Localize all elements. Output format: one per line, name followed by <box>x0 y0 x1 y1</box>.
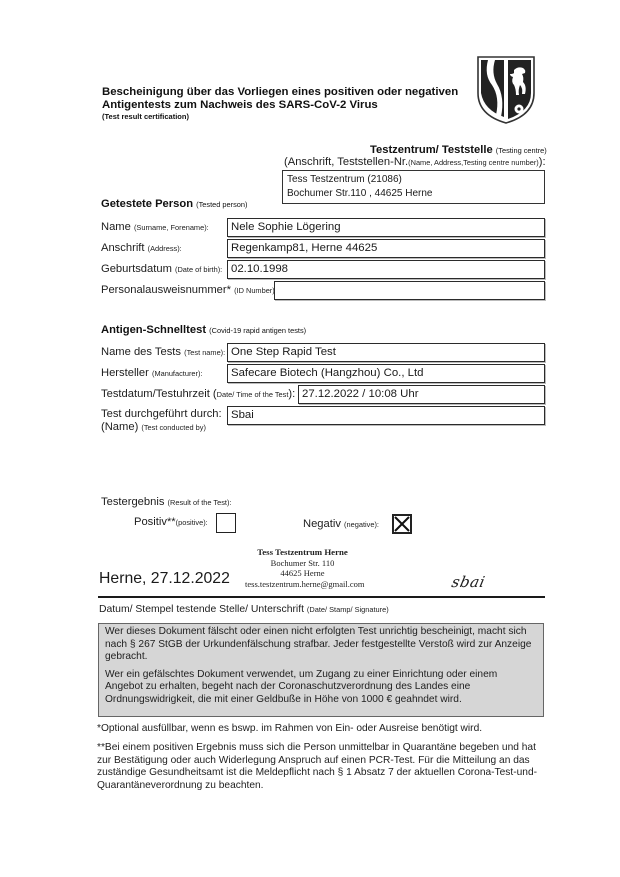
id-number-field[interactable] <box>274 281 545 300</box>
name-label-de: Name <box>101 221 131 233</box>
centre-stamp: Tess Testzentrum Herne Bochumer Str. 110… <box>245 547 360 589</box>
footnote-optional: *Optional ausfüllbar, wenn es bswp. im R… <box>97 723 552 736</box>
result-label-de: Testergebnis <box>101 496 164 508</box>
testing-centre-heading-en: (Testing centre) <box>496 146 547 155</box>
tested-person-heading-de: Getestete Person <box>101 198 193 210</box>
address-label-en: (Name, Address,Testing centre number) <box>408 158 539 167</box>
test-name-field[interactable]: One Step Rapid Test <box>227 343 545 362</box>
test-name-label: Name des Tests (Test name): <box>101 346 225 358</box>
positive-checkbox[interactable] <box>216 513 236 533</box>
address-label-en: (Address): <box>148 244 182 253</box>
legal-notice-box: Wer dieses Dokument fälscht oder einen n… <box>98 623 544 717</box>
positive-label-en: (positive): <box>176 518 208 527</box>
negative-label-en: (negative): <box>344 520 379 529</box>
testing-centre-address-box: Tess Testzentrum (21086) Bochumer Str.11… <box>282 170 545 204</box>
manufacturer-field[interactable]: Safecare Biotech (Hangzhou) Co., Ltd <box>227 364 545 383</box>
address-label-de: Anschrift <box>101 242 145 254</box>
birthdate-label: Geburtsdatum (Date of birth): <box>101 263 222 275</box>
check-x-icon <box>394 516 410 532</box>
title-subtitle: (Test result certification) <box>102 112 458 122</box>
name-label-en: (Surname, Forename): <box>134 223 209 232</box>
manufacturer-label-de: Hersteller <box>101 367 149 379</box>
conducted-by-label-name: (Name) <box>101 421 138 433</box>
tested-person-heading: Getestete Person (Tested person) <box>101 198 248 210</box>
stamp-street: Bochumer Str. 110 <box>245 558 360 569</box>
id-number-label: Personalausweisnummer* (ID Number): <box>101 284 277 296</box>
nrw-coat-of-arms-icon <box>476 55 536 125</box>
id-number-label-de: Personalausweisnummer* <box>101 284 231 296</box>
document-title: Bescheinigung über das Vorliegen eines p… <box>102 86 458 122</box>
testing-centre-heading-de: Testzentrum/ Teststelle <box>370 144 493 156</box>
result-label-en: (Result of the Test): <box>168 498 232 507</box>
test-datetime-label-end: ): <box>288 388 295 400</box>
test-datetime-field[interactable]: 27.12.2022 / 10:08 Uhr <box>298 385 545 404</box>
signature-caption-de: Datum/ Stempel testende Stelle/ Untersch… <box>99 604 304 615</box>
signature-caption-en: (Date/ Stamp/ Signature) <box>307 605 389 614</box>
stamp-email: tess.testzentrum.herne@gmail.com <box>245 579 360 590</box>
negative-label-de: Negativ <box>303 518 341 530</box>
test-datetime-label-en: Date/ Time of the Test <box>217 390 289 399</box>
title-line-2: Antigentests zum Nachweis des SARS-CoV-2… <box>102 99 458 112</box>
notice-paragraph: Wer dieses Dokument fälscht oder einen n… <box>105 626 537 664</box>
test-name-label-en: (Test name): <box>184 348 225 357</box>
rapid-test-heading-en: (Covid-19 rapid antigen tests) <box>209 326 306 335</box>
birthdate-label-en: (Date of birth): <box>175 265 222 274</box>
signature-caption: Datum/ Stempel testende Stelle/ Untersch… <box>99 604 389 615</box>
name-label: Name (Surname, Forename): <box>101 221 209 233</box>
test-name-label-de: Name des Tests <box>101 346 181 358</box>
place-date: Herne, 27.12.2022 <box>99 570 230 588</box>
manufacturer-label-en: (Manufacturer): <box>152 369 203 378</box>
rapid-test-heading-de: Antigen-Schnelltest <box>101 324 206 336</box>
address-label: Anschrift (Address): <box>101 242 182 254</box>
tested-person-heading-en: (Tested person) <box>196 200 247 209</box>
negative-checkbox[interactable] <box>392 514 412 534</box>
conducted-by-label: Test durchgeführt durch: (Name) (Test co… <box>101 408 222 434</box>
testing-centre-address-label: (Anschrift, Teststellen-Nr.(Name, Addres… <box>284 156 546 168</box>
signature-line <box>98 596 545 598</box>
name-field[interactable]: Nele Sophie Lögering <box>227 218 545 237</box>
address-label-de: (Anschrift, Teststellen-Nr. <box>284 156 408 168</box>
notice-paragraph: Wer ein gefälschtes Dokument verwendet, … <box>105 669 537 707</box>
positive-label-de: Positiv** <box>134 516 176 528</box>
test-datetime-label-de: Testdatum/Testuhrzeit ( <box>101 388 217 400</box>
testing-centre-heading: Testzentrum/ Teststelle (Testing centre) <box>370 144 547 156</box>
test-datetime-label: Testdatum/Testuhrzeit (Date/ Time of the… <box>101 388 295 400</box>
negative-label: Negativ (negative): <box>303 518 379 530</box>
rapid-test-heading: Antigen-Schnelltest (Covid-19 rapid anti… <box>101 324 306 336</box>
positive-label: Positiv**(positive): <box>134 516 208 528</box>
birthdate-field[interactable]: 02.10.1998 <box>227 260 545 279</box>
stamp-city: 44625 Herne <box>245 568 360 579</box>
conducted-by-label-en: (Test conducted by) <box>141 423 206 432</box>
testing-centre-line: Tess Testzentrum (21086) <box>287 173 540 187</box>
handwritten-signature: sbai <box>450 573 487 591</box>
birthdate-label-de: Geburtsdatum <box>101 263 172 275</box>
address-field[interactable]: Regenkamp81, Herne 44625 <box>227 239 545 258</box>
id-number-label-en: (ID Number): <box>234 286 277 295</box>
footnote-positive: **Bei einem positiven Ergebnis muss sich… <box>97 742 552 792</box>
result-label: Testergebnis (Result of the Test): <box>101 496 232 508</box>
conducted-by-field[interactable]: Sbai <box>227 406 545 425</box>
conducted-by-label-de: Test durchgeführt durch: <box>101 408 222 421</box>
testing-centre-line: Bochumer Str.110 , 44625 Herne <box>287 187 540 201</box>
stamp-name: Tess Testzentrum Herne <box>245 547 360 558</box>
manufacturer-label: Hersteller (Manufacturer): <box>101 367 203 379</box>
address-label-end: ): <box>539 156 546 168</box>
title-line-1: Bescheinigung über das Vorliegen eines p… <box>102 86 458 99</box>
